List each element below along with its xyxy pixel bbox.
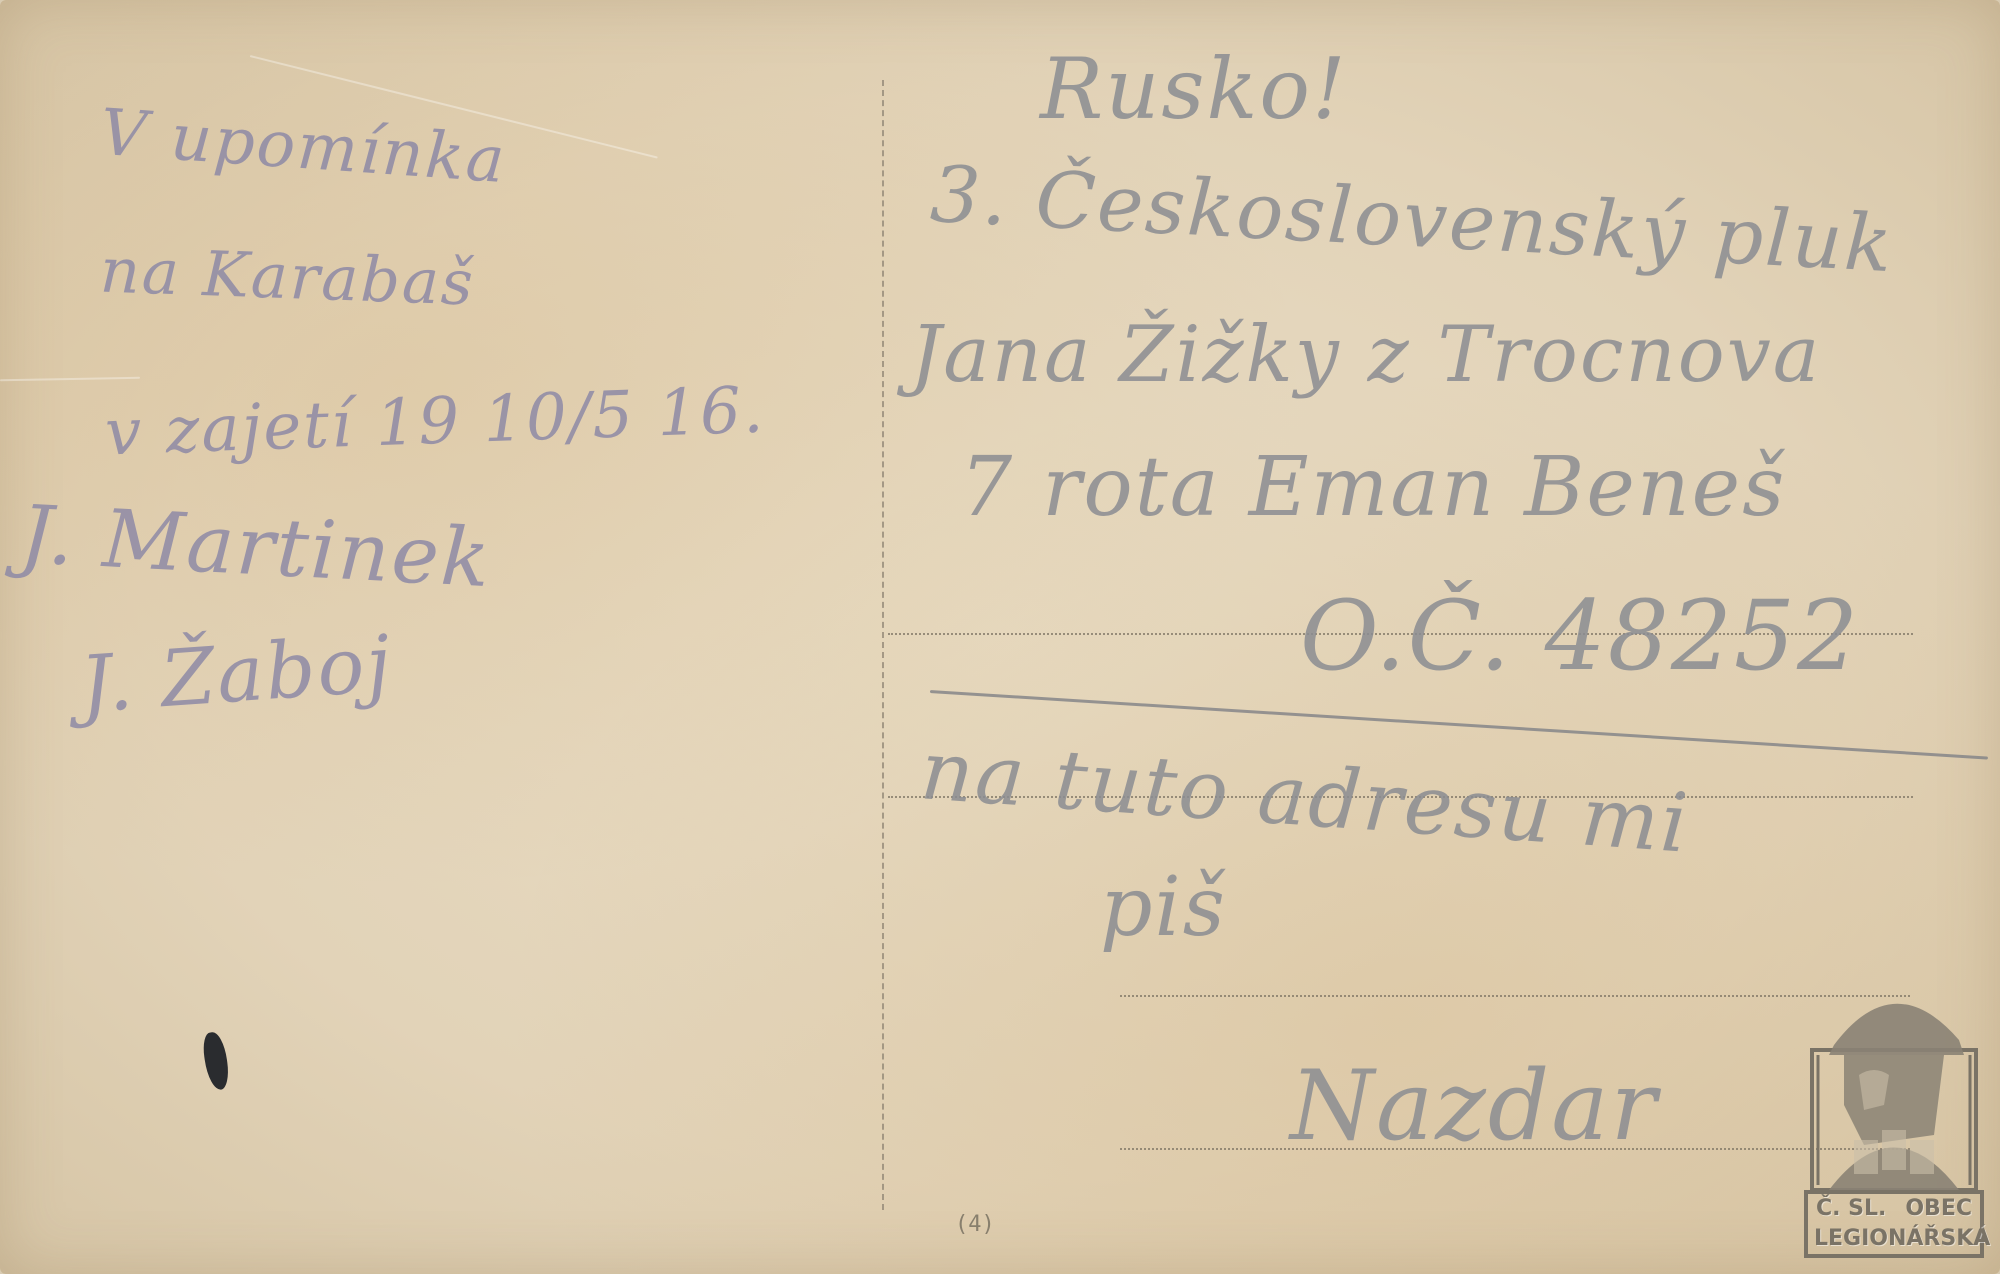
postcard-divider: [882, 80, 884, 1210]
message-line-3-date: v zajetí 19 10/5 16.: [104, 374, 766, 471]
closing-greeting: Nazdar: [1290, 1050, 1658, 1162]
print-mark: (4): [955, 1212, 995, 1237]
stamp-text-legionarska: LEGIONÁŘSKÁ: [1814, 1226, 1990, 1251]
address-company-name: 7 rota Eman Beneš: [960, 440, 1786, 535]
stamp-text-obec: OBEC: [1905, 1196, 1972, 1221]
address-service-number: O.Č. 48252: [1300, 580, 1860, 692]
legion-stamp: Č. SL. OBEC LEGIONÁŘSKÁ: [1804, 975, 1984, 1260]
note-line-1: na tuto adresu mi: [918, 723, 1693, 871]
signature-martinek: J. Martinek: [18, 488, 494, 606]
postcard: V upomínka na Karabaš v zajetí 19 10/5 1…: [0, 0, 2000, 1274]
stamp-text-csl: Č. SL.: [1816, 1196, 1886, 1221]
address-country: Rusko!: [1040, 40, 1348, 138]
stamp-label-box: Č. SL. OBEC LEGIONÁŘSKÁ: [1804, 1190, 1984, 1258]
address-line-3: [1120, 995, 1910, 997]
crease-mark: [0, 377, 140, 381]
message-line-1: V upomínka: [98, 96, 509, 198]
message-line-2: na Karabaš: [99, 233, 476, 319]
signature-zaboj: J. Žaboj: [77, 619, 395, 731]
note-line-2: piš: [1100, 860, 1227, 955]
ink-spot: [201, 1031, 231, 1091]
legionnaire-helmet-icon: [1804, 975, 1984, 1195]
address-regiment-name: Jana Žižky z Trocnova: [910, 310, 1821, 400]
address-regiment: 3. Československý pluk: [928, 150, 1896, 290]
